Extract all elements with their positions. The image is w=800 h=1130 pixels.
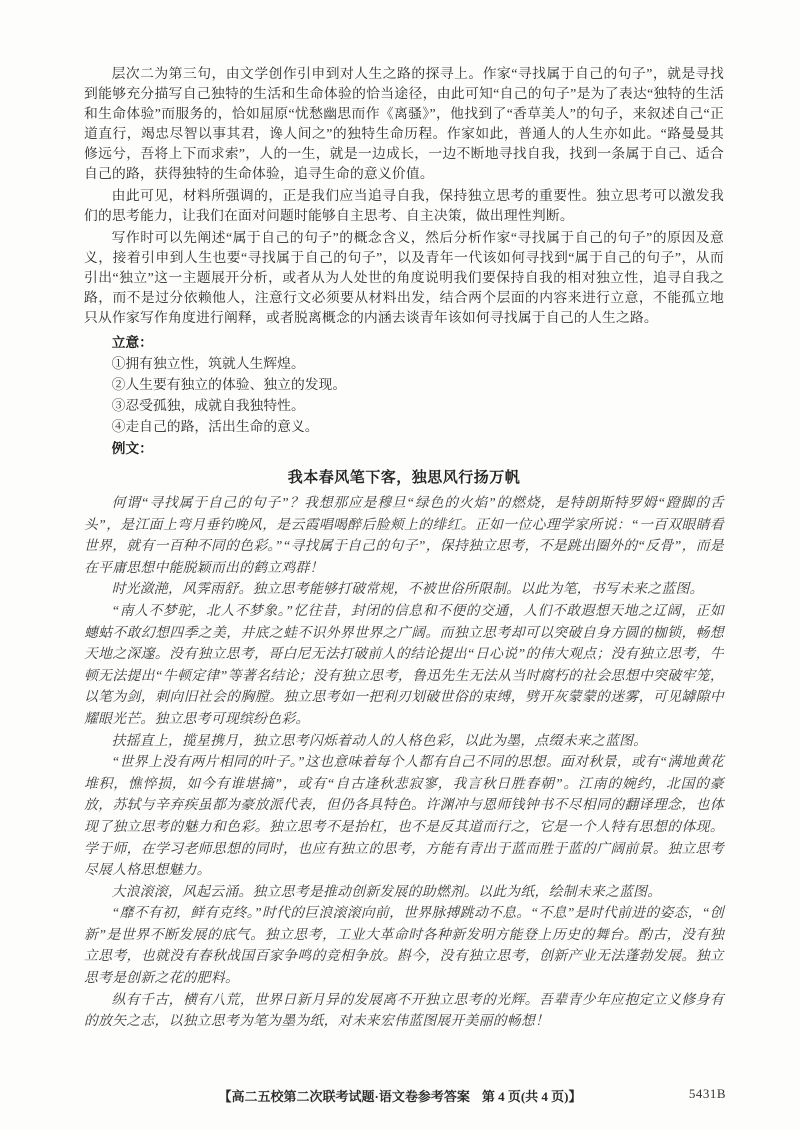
analysis-paragraph: 写作时可以先阐述“属于自己的句子”的概念含义，然后分析作家“寻找属于自己的句子”… bbox=[84, 228, 724, 328]
footer-paper-code: 5431B bbox=[689, 1086, 726, 1102]
analysis-paragraph: 层次二为第三句，由文学创作引申到对人生之路的探寻上。作家“寻找属于自己的句子”，… bbox=[84, 64, 724, 184]
essay-paragraph: 纵有千古，横有八荒，世界日新月异的发展离不开独立思考的光辉。吾辈青少年应抱定立义… bbox=[84, 989, 724, 1032]
essay-paragraph: “南人不梦驼，北人不梦象。”忆往昔，封闭的信息和不便的交通，人们不敢遐想天地之辽… bbox=[84, 600, 724, 730]
intent-item: ④走自己的路，活出生命的意义。 bbox=[84, 416, 724, 437]
footer-exam-info: 【高二五校第二次联考试题·语文卷参考答案第 4 页(共 4 页)】 bbox=[0, 1086, 800, 1105]
essay-paragraph: 大浪滚滚，风起云涌。独立思考是推动创新发展的助燃剂。以此为纸，绘制未来之蓝图。 bbox=[84, 881, 724, 903]
page-footer: 【高二五校第二次联考试题·语文卷参考答案第 4 页(共 4 页)】 5431B bbox=[0, 1086, 800, 1104]
example-essay-label: 例文： bbox=[84, 438, 724, 459]
intent-label: 立意： bbox=[84, 332, 724, 353]
essay-paragraph: 时光潋滟，风霁雨舒。独立思考能够打破常规，不被世俗所限制。以此为笔，书写未来之蓝… bbox=[84, 578, 724, 600]
intent-item: ①拥有独立性，筑就人生辉煌。 bbox=[84, 353, 724, 374]
essay-paragraph: “靡不有初，鲜有克终。”时代的巨浪滚滚向前，世界脉搏跳动不息。“不息”是时代前进… bbox=[84, 902, 724, 988]
essay-paragraph: “世界上没有两片相同的叶子。”这也意味着每个人都有自己不同的思想。面对秋景，或有… bbox=[84, 751, 724, 881]
page-content: 层次二为第三句，由文学创作引申到对人生之路的探寻上。作家“寻找属于自己的句子”，… bbox=[84, 64, 724, 1032]
intent-item: ③忍受孤独，成就自我独特性。 bbox=[84, 395, 724, 416]
essay-paragraph: 何谓“寻找属于自己的句子”？我想那应是穆旦“绿色的火焰”的燃烧，是特朗斯特罗姆“… bbox=[84, 492, 724, 578]
intent-item: ②人生要有独立的体验、独立的发现。 bbox=[84, 374, 724, 395]
analysis-paragraph: 由此可见，材料所强调的，正是我们应当追寻自我，保持独立思考的重要性。独立思考可以… bbox=[84, 186, 724, 226]
footer-page-number: 第 4 页(共 4 页)】 bbox=[482, 1089, 582, 1104]
scanned-answer-page: 层次二为第三句，由文学创作引申到对人生之路的探寻上。作家“寻找属于自己的句子”，… bbox=[0, 0, 800, 1130]
essay-title: 我本春风笔下客，独思风行扬万帆 bbox=[84, 466, 724, 487]
footer-paper-name: 语文卷参考答案 bbox=[379, 1089, 470, 1104]
essay-paragraph: 扶摇直上，揽星携月，独立思考闪烁着动人的人格色彩，以此为墨，点缀未来之蓝图。 bbox=[84, 730, 724, 752]
footer-exam-name: 【高二五校第二次联考试题· bbox=[218, 1089, 378, 1104]
